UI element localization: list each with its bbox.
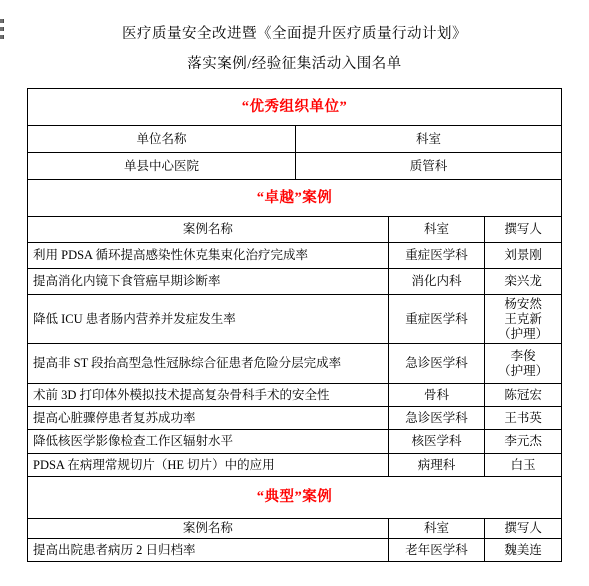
cell-writer: 李元杰 [484,430,561,453]
section1-col-department: 科室 [295,126,561,152]
cell-writer: 刘景刚 [484,243,561,268]
section2-header: “卓越”案例 [28,180,561,216]
cell-writer: 陈冠宏 [484,384,561,406]
cell-writer: 白玉 [484,454,561,476]
cell-case-name: PDSA 在病理常规切片（HE 切片）中的应用 [28,454,388,476]
cell-department: 重症医学科 [388,243,484,268]
shortlist-table: “优秀组织单位” 单位名称 科室 单县中心医院 质管科 “卓越”案例 案例名称 … [27,88,562,562]
page-title-line1: 医疗质量安全改进暨《全面提升医疗质量行动计划》 [0,22,589,43]
table-row: PDSA 在病理常规切片（HE 切片）中的应用 病理科 白玉 [28,453,561,476]
table-row: 降低 ICU 患者肠内营养并发症发生率 重症医学科 杨安然 王克新 （护理） [28,294,561,343]
cell-department: 骨科 [388,384,484,406]
section3-col-writer: 撰写人 [484,519,561,538]
table-row: 提高出院患者病历 2 日归档率 老年医学科 魏美连 [28,538,561,561]
cell-department: 核医学科 [388,430,484,453]
cell-case-name: 降低 ICU 患者肠内营养并发症发生率 [28,295,388,343]
section2-col-case-name: 案例名称 [28,217,388,242]
section2-header-row: “卓越”案例 [28,179,561,216]
section3-col-department: 科室 [388,519,484,538]
section3-col-case-name: 案例名称 [28,519,388,538]
section2-col-department: 科室 [388,217,484,242]
cell-writer: 李俊 （护理） [484,344,561,383]
section1-col-unit-name: 单位名称 [28,126,295,152]
cell-writer: 王书英 [484,407,561,429]
cell-department: 急诊医学科 [388,407,484,429]
cell-case-name: 术前 3D 打印体外模拟技术提高复杂骨科手术的安全性 [28,384,388,406]
table-row: 利用 PDSA 循环提高感染性休克集束化治疗完成率 重症医学科 刘景刚 [28,242,561,268]
table-row: 单县中心医院 质管科 [28,152,561,179]
cell-department: 急诊医学科 [388,344,484,383]
cell-department: 质管科 [295,153,561,179]
cell-case-name: 利用 PDSA 循环提高感染性休克集束化治疗完成率 [28,243,388,268]
cell-case-name: 提高出院患者病历 2 日归档率 [28,539,388,561]
document-page: 医疗质量安全改进暨《全面提升医疗质量行动计划》 落实案例/经验征集活动入围名单 … [0,0,589,586]
table-row: 提高消化内镜下食管癌早期诊断率 消化内科 栾兴龙 [28,268,561,294]
cell-case-name: 提高非 ST 段抬高型急性冠脉综合征患者危险分层完成率 [28,344,388,383]
cell-writer: 魏美连 [484,539,561,561]
cell-department: 病理科 [388,454,484,476]
section3-columns-row: 案例名称 科室 撰写人 [28,518,561,538]
cell-department: 消化内科 [388,269,484,294]
table-row: 降低核医学影像检查工作区辐射水平 核医学科 李元杰 [28,429,561,453]
cell-unit-name: 单县中心医院 [28,153,295,179]
section1-columns-row: 单位名称 科室 [28,125,561,152]
section3-header: “典型”案例 [28,477,561,518]
table-row: 提高非 ST 段抬高型急性冠脉综合征患者危险分层完成率 急诊医学科 李俊 （护理… [28,343,561,383]
table-row: 提高心脏骤停患者复苏成功率 急诊医学科 王书英 [28,406,561,429]
table-row: 术前 3D 打印体外模拟技术提高复杂骨科手术的安全性 骨科 陈冠宏 [28,383,561,406]
cell-department: 老年医学科 [388,539,484,561]
cell-case-name: 降低核医学影像检查工作区辐射水平 [28,430,388,453]
section2-columns-row: 案例名称 科室 撰写人 [28,216,561,242]
section3-header-row: “典型”案例 [28,476,561,518]
section1-header: “优秀组织单位” [28,89,561,125]
section2-col-writer: 撰写人 [484,217,561,242]
cell-case-name: 提高心脏骤停患者复苏成功率 [28,407,388,429]
page-title-line2: 落实案例/经验征集活动入围名单 [0,52,589,73]
cell-department: 重症医学科 [388,295,484,343]
cell-case-name: 提高消化内镜下食管癌早期诊断率 [28,269,388,294]
section1-header-row: “优秀组织单位” [28,89,561,125]
cell-writer: 栾兴龙 [484,269,561,294]
cell-writer: 杨安然 王克新 （护理） [484,295,561,343]
